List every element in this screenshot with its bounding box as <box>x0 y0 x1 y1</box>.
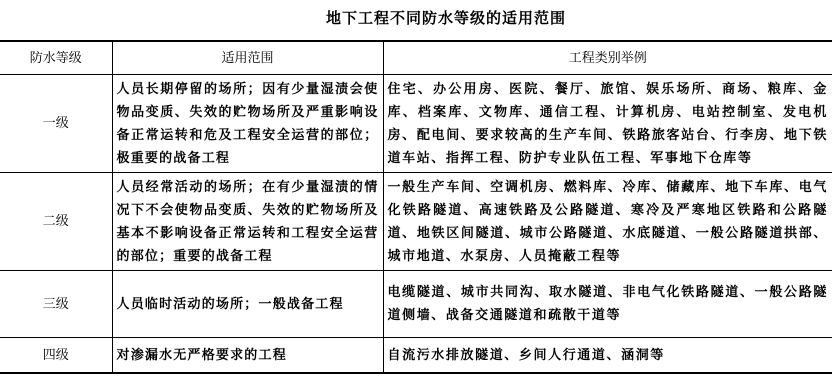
table-row: 三级 人员临时活动的场所；一般战备工程 电缆隧道、城市共同沟、取水隧道、非电气化… <box>0 271 832 338</box>
grade-cell: 一级 <box>0 75 112 173</box>
table-row: 一级 人员长期停留的场所；因有少量湿渍会使物品变质、失效的贮物场所及严重影响设备… <box>0 75 832 173</box>
grade-cell: 三级 <box>0 271 112 338</box>
examples-cell: 一般生产车间、空调机房、燃料库、冷库、储藏库、地下车库、电气化铁路隧道、高速铁路… <box>383 173 832 271</box>
scope-cell: 对渗漏水无严格要求的工程 <box>112 338 383 374</box>
scope-cell: 人员经常活动的场所；在有少量湿渍的情况下不会使物品变质、失效的贮物场所及基本不影… <box>112 173 383 271</box>
examples-cell: 电缆隧道、城市共同沟、取水隧道、非电气化铁路隧道、一般公路隧道侧墙、战备交通隧道… <box>383 271 832 338</box>
header-scope: 适用范围 <box>112 41 383 75</box>
header-examples: 工程类别举例 <box>383 41 832 75</box>
table-title: 地下工程不同防水等级的适用范围 <box>0 7 832 28</box>
table-row: 四级 对渗漏水无严格要求的工程 自流污水排放隧道、乡间人行通道、涵洞等 <box>0 338 832 374</box>
header-grade: 防水等级 <box>0 41 112 75</box>
scope-cell: 人员临时活动的场所；一般战备工程 <box>112 271 383 338</box>
grade-cell: 四级 <box>0 338 112 374</box>
scope-cell: 人员长期停留的场所；因有少量湿渍会使物品变质、失效的贮物场所及严重影响设备正常运… <box>112 75 383 173</box>
waterproof-grade-table: 防水等级 适用范围 工程类别举例 一级 人员长期停留的场所；因有少量湿渍会使物品… <box>0 40 832 374</box>
examples-cell: 住宅、办公用房、医院、餐厅、旅馆、娱乐场所、商场、粮库、金库、档案库、文物库、通… <box>383 75 832 173</box>
examples-cell: 自流污水排放隧道、乡间人行通道、涵洞等 <box>383 338 832 374</box>
table-row: 二级 人员经常活动的场所；在有少量湿渍的情况下不会使物品变质、失效的贮物场所及基… <box>0 173 832 271</box>
table-header-row: 防水等级 适用范围 工程类别举例 <box>0 41 832 75</box>
grade-cell: 二级 <box>0 173 112 271</box>
